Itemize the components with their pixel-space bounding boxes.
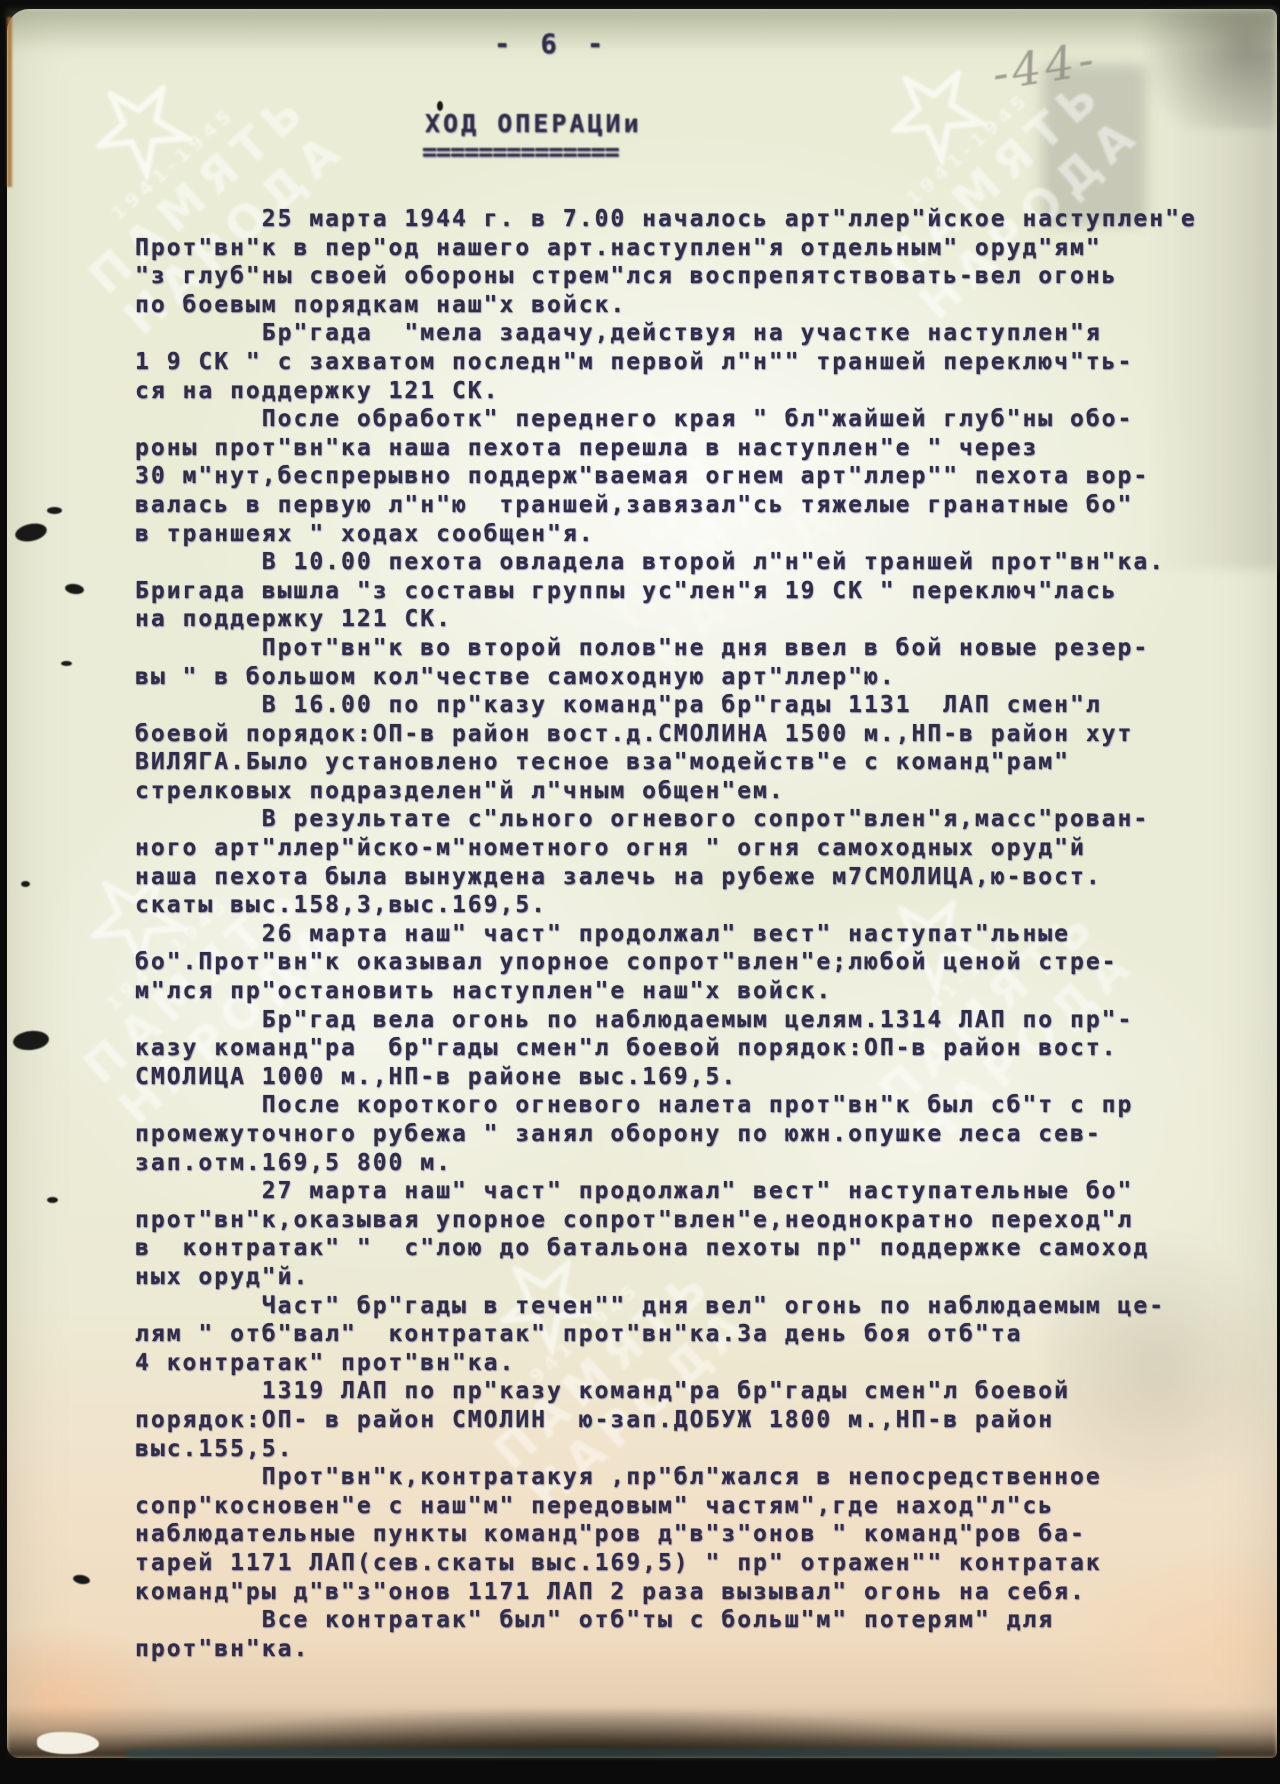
typed-body: 25 марта 1944 г. в 7.00 началось арт"лле… bbox=[135, 205, 1165, 1663]
typed-line: В результате с"льного огневого сопрот"вл… bbox=[135, 805, 1165, 834]
title-underline: ============== bbox=[422, 137, 619, 166]
star-icon bbox=[869, 46, 999, 176]
typed-line: Бр"гад вела огонь по наблюдаемым целям.1… bbox=[135, 1006, 1165, 1035]
paper-blemish bbox=[12, 1029, 50, 1052]
paper-blemish bbox=[61, 661, 72, 666]
typed-line: роны прот"вн"ка наша пехота перешла в на… bbox=[135, 434, 1165, 463]
page-number: - 6 - bbox=[494, 29, 610, 60]
typed-line: Бригада вышла "з составы группы ус"лен"я… bbox=[135, 577, 1165, 606]
paper-blemish bbox=[21, 881, 30, 887]
typed-line: скаты выс.158,3,выс.169,5. bbox=[135, 891, 1165, 920]
typed-line: сопр"косновен"е с наш"м" передовым" част… bbox=[135, 1492, 1165, 1521]
typed-line: бо".Прот"вн"к оказывал упорное сопрот"вл… bbox=[135, 948, 1165, 977]
typed-line: В 16.00 по пр"казу команд"ра бр"гады 113… bbox=[135, 691, 1165, 720]
right-margin-stain bbox=[1147, 49, 1277, 569]
bottom-teal-edge bbox=[127, 1749, 1217, 1758]
typed-line: казу команд"ра бр"гады смен"л боевой пор… bbox=[135, 1034, 1165, 1063]
typed-line: лям " отб"вал" контратак" прот"вн"ка.За … bbox=[135, 1320, 1165, 1349]
typed-line: наша пехота была вынуждена залечь на руб… bbox=[135, 863, 1165, 892]
left-edge-sliver bbox=[7, 17, 12, 187]
typed-line: ных оруд"й. bbox=[135, 1263, 1165, 1292]
typed-line: команд"ры д"в"з"онов 1171 ЛАП 2 раза выз… bbox=[135, 1578, 1165, 1607]
torn-paper-chip bbox=[37, 1732, 99, 1754]
paper-blemish bbox=[47, 1197, 58, 1203]
typed-line: 1 9 СК " с захватом последн"м первой л"н… bbox=[135, 348, 1165, 377]
typed-line: Все контратак" был" отб"ты с больш"м" по… bbox=[135, 1606, 1165, 1635]
typed-line: После короткого огневого налета прот"вн"… bbox=[135, 1091, 1165, 1120]
typed-line: стрелковых подразделен"й л"чным общен"ем… bbox=[135, 777, 1165, 806]
typed-line: боевой порядок:ОП-в район вост.д.СМОЛИНА… bbox=[135, 720, 1165, 749]
paper-blemish bbox=[72, 1574, 90, 1586]
typed-line: в контратак" " с"лою до батальона пехоты… bbox=[135, 1234, 1165, 1263]
typed-line: на поддержку 121 СК. bbox=[135, 605, 1165, 634]
typed-line: 27 марта наш" част" продолжал" вест" нас… bbox=[135, 1177, 1165, 1206]
typed-line: ся на поддержку 121 СК. bbox=[135, 377, 1165, 406]
typed-line: Прот"вн"к,контратакуя ,пр"бл"жался в неп… bbox=[135, 1463, 1165, 1492]
typed-line: В 10.00 пехота овладела второй л"н"ей тр… bbox=[135, 548, 1165, 577]
typed-line: 4 контратак" прот"вн"ка. bbox=[135, 1349, 1165, 1378]
typed-line: тарей 1171 ЛАП(сев.скаты выс.169,5) " пр… bbox=[135, 1549, 1165, 1578]
typed-line: 30 м"нут,беспрерывно поддерж"ваемая огне… bbox=[135, 462, 1165, 491]
typed-line: 1319 ЛАП по пр"казу команд"ра бр"гады см… bbox=[135, 1377, 1165, 1406]
typed-line: выс.155,5. bbox=[135, 1435, 1165, 1464]
typed-line: промежуточного рубежа " занял оборону по… bbox=[135, 1120, 1165, 1149]
typed-line: ВИЛЯГА.Было установлено тесное вза"модей… bbox=[135, 748, 1165, 777]
topright-speckle-stain bbox=[1117, 9, 1277, 129]
typed-line: "з глуб"ны своей обороны стрем"лся воспр… bbox=[135, 262, 1165, 291]
paper-sheet: 1941-1945 ПАМЯТЬ НАРОДА 1941-1945 ПАМЯТЬ… bbox=[7, 9, 1277, 1758]
typed-line: ного арт"ллер"йско-м"нометного огня " ог… bbox=[135, 834, 1165, 863]
paper-blemish bbox=[64, 583, 84, 596]
typed-line: Прот"вн"к во второй полов"не дня ввел в … bbox=[135, 634, 1165, 663]
typed-line: Част" бр"гады в течен"" дня вел" огонь п… bbox=[135, 1292, 1165, 1321]
typed-line: в траншеях " ходах сообщен"я. bbox=[135, 520, 1165, 549]
document-title: ХОД ОПЕРАЦИи bbox=[425, 109, 642, 138]
typed-line: зап.отм.169,5 800 м. bbox=[135, 1149, 1165, 1178]
handwritten-sheet-number: -44- bbox=[988, 31, 1101, 101]
typed-line: Бр"гада "мела задачу,действуя на участке… bbox=[135, 319, 1165, 348]
typed-line: 25 марта 1944 г. в 7.00 началось арт"лле… bbox=[135, 205, 1165, 234]
paper-blemish bbox=[47, 507, 62, 514]
typed-line: После обработк" переднего края " бл"жайш… bbox=[135, 405, 1165, 434]
typed-line: Прот"вн"к в пер"од нашего арт.наступлен"… bbox=[135, 234, 1165, 263]
paper-blemish bbox=[14, 521, 49, 544]
typed-line: вы " в большом кол"честве самоходную арт… bbox=[135, 663, 1165, 692]
typed-line: прот"вн"к,оказывая упорное сопрот"влен"е… bbox=[135, 1206, 1165, 1235]
typed-line: по боевым порядкам наш"х войск. bbox=[135, 291, 1165, 320]
typed-line: прот"вн"ка. bbox=[135, 1635, 1165, 1664]
star-icon bbox=[74, 61, 204, 191]
typed-line: порядок:ОП- в район СМОЛИН ю-зап.ДОБУЖ 1… bbox=[135, 1406, 1165, 1435]
typed-line: наблюдательные пункты команд"ров д"в"з"о… bbox=[135, 1520, 1165, 1549]
scanned-document-page: { "page": { "page_number": "- 6 -", "han… bbox=[0, 0, 1280, 1784]
typed-line: валась в первую л"н"ю траншей,завязал"сь… bbox=[135, 491, 1165, 520]
typed-line: м"лся пр"остановить наступлен"е наш"х во… bbox=[135, 977, 1165, 1006]
typed-line: 26 марта наш" част" продолжал" вест" нас… bbox=[135, 920, 1165, 949]
typed-line: СМОЛИЦА 1000 м.,НП-в районе выс.169,5. bbox=[135, 1063, 1165, 1092]
